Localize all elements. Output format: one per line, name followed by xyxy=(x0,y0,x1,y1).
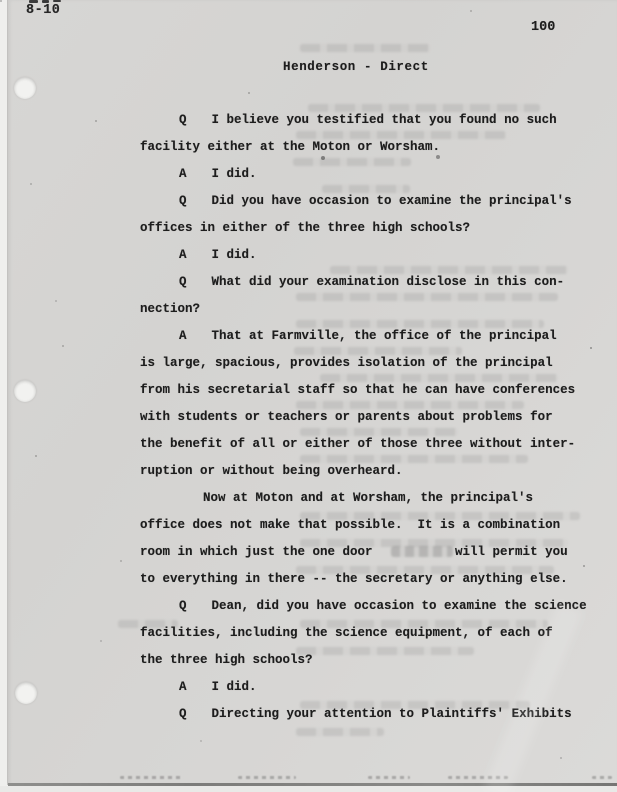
transcript-line: QI believe you testified that you found … xyxy=(140,113,557,127)
transcript-line: Now at Moton and at Worsham, the princip… xyxy=(140,491,533,505)
transcript-line: AI did. xyxy=(140,167,257,181)
line-text: I did. xyxy=(212,680,257,694)
bleed-through-smudge xyxy=(300,701,530,709)
bleed-through-smudge xyxy=(300,428,458,436)
line-text: Now at Moton and at Worsham, the princip… xyxy=(203,491,533,505)
transcript-line: the benefit of all or either of those th… xyxy=(140,437,575,451)
transcript-line: ruption or without being overheard. xyxy=(140,464,403,478)
line-text: nection? xyxy=(140,302,200,316)
bleed-through-smudge xyxy=(293,158,411,166)
transcript-line: nection? xyxy=(140,302,200,316)
line-text: Did you have occasion to examine the pri… xyxy=(212,194,572,208)
bleed-through-smudge xyxy=(592,776,612,779)
line-text: facility either at the Moton or Worsham. xyxy=(140,140,440,154)
transcript-line: office does not make that possible. It i… xyxy=(140,518,560,532)
speaker-label: A xyxy=(179,329,187,343)
transcript-line: room in which just the one door will per… xyxy=(140,545,568,559)
scan-edge-marks xyxy=(53,0,61,2)
hole-punch xyxy=(14,380,36,402)
bleed-through-smudge xyxy=(296,131,506,139)
line-text: with students or teachers or parents abo… xyxy=(140,410,553,424)
hole-punch xyxy=(15,682,37,704)
transcript-line: AThat at Farmville, the office of the pr… xyxy=(140,329,557,343)
speaker-label: A xyxy=(179,167,187,181)
bleed-through-smudge xyxy=(296,566,554,574)
line-text: the benefit of all or either of those th… xyxy=(140,437,575,451)
bleed-through-smudge xyxy=(320,374,558,382)
transcript-line: facility either at the Moton or Worsham. xyxy=(140,140,440,154)
line-text: I did. xyxy=(212,248,257,262)
transcript-line: AI did. xyxy=(140,680,257,694)
transcript-line: with students or teachers or parents abo… xyxy=(140,410,553,424)
bleed-through-smudge xyxy=(368,776,410,779)
page-number: 100 xyxy=(531,21,555,35)
line-text: I believe you testified that you found n… xyxy=(212,113,557,127)
line-text: I did. xyxy=(212,167,257,181)
bleed-through-smudge xyxy=(296,293,558,301)
bleed-through-smudge xyxy=(120,776,182,779)
bleed-through-smudge xyxy=(296,401,524,409)
bleed-through-smudge xyxy=(296,647,474,655)
transcript-line: AI did. xyxy=(140,248,257,262)
transcript-line: is large, spacious, provides isolation o… xyxy=(140,356,553,370)
bleed-through-smudge xyxy=(330,266,568,274)
bleed-through-smudge xyxy=(300,539,568,547)
scan-noise xyxy=(0,0,2,2)
transcript-line: offices in either of the three high scho… xyxy=(140,221,470,235)
bleed-through-smudge xyxy=(300,44,430,52)
bleed-through-smudge xyxy=(300,512,580,520)
transcript-line: QDid you have occasion to examine the pr… xyxy=(140,194,572,208)
speaker-label: Q xyxy=(179,194,187,208)
line-text: is large, spacious, provides isolation o… xyxy=(140,356,553,370)
speaker-label: Q xyxy=(179,275,187,289)
transcript-line: QWhat did your examination disclose in t… xyxy=(140,275,564,289)
transcript-line: the three high schools? xyxy=(140,653,313,667)
line-text: to everything in there -- the secretary … xyxy=(140,572,568,586)
bleed-through-smudge xyxy=(322,185,410,193)
line-text: room in which just the one door will per… xyxy=(140,545,568,559)
line-text: from his secretarial staff so that he ca… xyxy=(140,383,575,397)
bleed-through-smudge xyxy=(300,455,528,463)
corner-note: 8-10 xyxy=(26,4,60,18)
hole-punch xyxy=(14,77,36,99)
transcript-line: from his secretarial staff so that he ca… xyxy=(140,383,575,397)
bleed-through-smudge xyxy=(308,104,540,112)
bleed-through-smudge xyxy=(238,776,296,779)
line-text: What did your examination disclose in th… xyxy=(212,275,565,289)
line-text: facilities, including the science equipm… xyxy=(140,626,553,640)
speaker-label: Q xyxy=(179,113,187,127)
scan-background xyxy=(0,786,617,792)
transcript-line: QDean, did you have occasion to examine … xyxy=(140,599,587,613)
speaker-label: A xyxy=(179,680,187,694)
transcript-line: QDirecting your attention to Plaintiffs'… xyxy=(140,707,572,721)
line-text: That at Farmville, the office of the pri… xyxy=(212,329,557,343)
line-text: the three high schools? xyxy=(140,653,313,667)
erased-text-smudge xyxy=(391,546,453,557)
speaker-label: A xyxy=(179,248,187,262)
transcript-line: facilities, including the science equipm… xyxy=(140,626,553,640)
bleed-through-smudge xyxy=(294,347,462,355)
page-heading: Henderson - Direct xyxy=(283,60,429,74)
transcript-line: to everything in there -- the secretary … xyxy=(140,572,568,586)
scanned-transcript-page: 8-10 100 Henderson - Direct QI believe y… xyxy=(0,0,617,792)
bleed-through-smudge xyxy=(300,620,548,628)
bleed-through-smudge xyxy=(296,728,384,736)
bleed-through-smudge xyxy=(118,620,178,628)
line-text: ruption or without being overheard. xyxy=(140,464,403,478)
bleed-through-smudge xyxy=(296,320,544,328)
speaker-label: Q xyxy=(179,707,187,721)
speaker-label: Q xyxy=(179,599,187,613)
line-text: office does not make that possible. It i… xyxy=(140,518,560,532)
line-text: Dean, did you have occasion to examine t… xyxy=(212,599,587,613)
line-text: offices in either of the three high scho… xyxy=(140,221,470,235)
